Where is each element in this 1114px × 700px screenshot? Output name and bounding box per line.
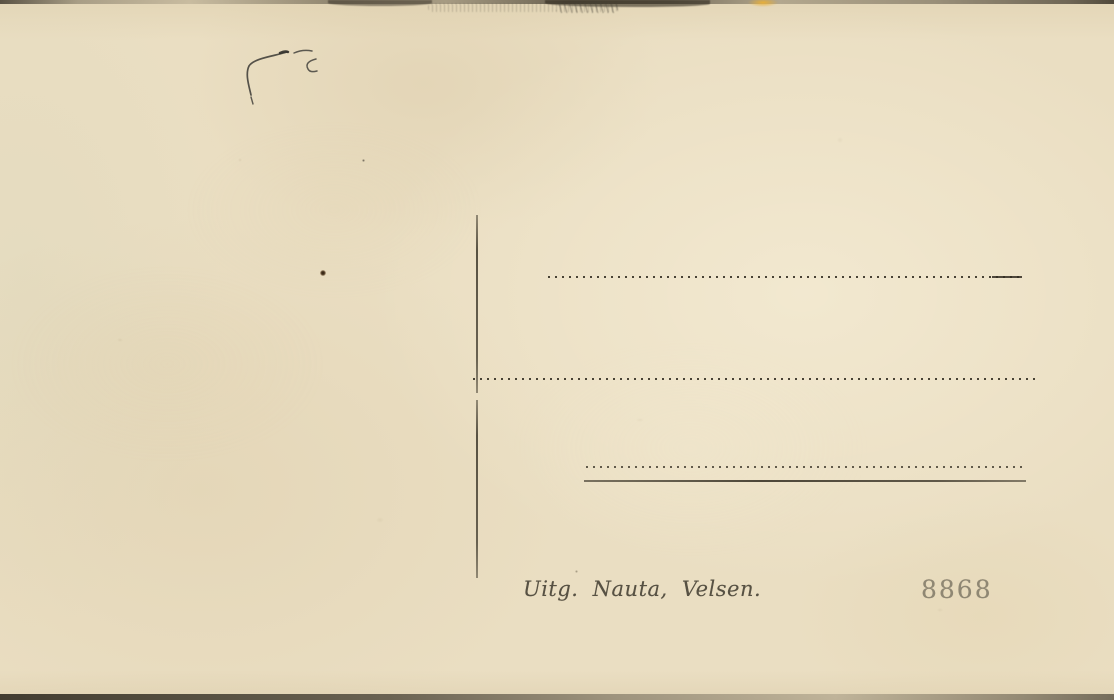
address-dotted-line-2 bbox=[473, 378, 1038, 380]
address-solid-baseline bbox=[584, 480, 1026, 482]
center-divider-line bbox=[476, 215, 478, 393]
paper-speck bbox=[320, 270, 326, 276]
publisher-imprint: Uitg. Nauta, Velsen. bbox=[523, 577, 761, 601]
center-divider-line bbox=[476, 400, 478, 578]
address-dotted-line-3 bbox=[586, 466, 1022, 468]
bottom-edge-shadow bbox=[0, 694, 1114, 700]
pencil-smudge-top bbox=[556, 2, 618, 13]
paper-speck bbox=[362, 159, 365, 162]
card-number: 8868 bbox=[921, 575, 993, 604]
address-dotted-line-1 bbox=[548, 276, 1022, 278]
yellow-paper-spot bbox=[748, 0, 778, 7]
top-edge-dark-patch bbox=[328, 0, 432, 6]
paper-speck bbox=[575, 570, 578, 573]
pencil-mark-5 bbox=[230, 40, 340, 115]
postcard-back: Uitg. Nauta, Velsen. 8868 bbox=[0, 0, 1114, 700]
